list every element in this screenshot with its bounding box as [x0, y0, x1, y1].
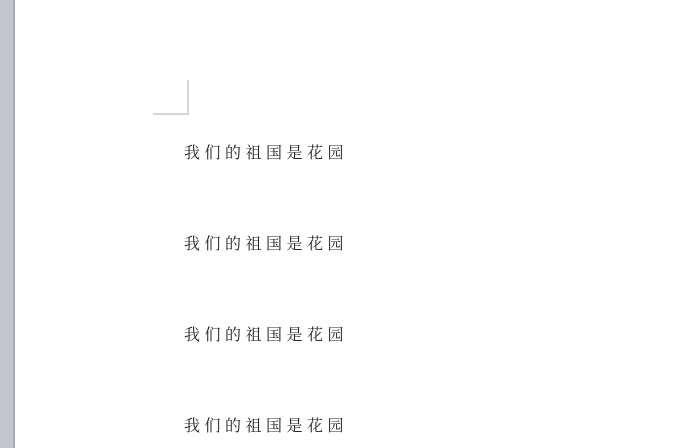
document-page[interactable]: 我们的祖国是花园 我们的祖国是花园 我们的祖国是花园 我们的祖国是花园 — [0, 0, 692, 448]
document-paragraph[interactable]: 我们的祖国是花园 — [184, 237, 348, 253]
margin-crop-mark — [153, 80, 189, 115]
document-paragraph[interactable]: 我们的祖国是花园 — [184, 146, 348, 162]
document-paragraph[interactable]: 我们的祖国是花园 — [184, 328, 348, 344]
workspace-background-strip — [0, 0, 15, 448]
document-paragraph[interactable]: 我们的祖国是花园 — [184, 419, 348, 435]
